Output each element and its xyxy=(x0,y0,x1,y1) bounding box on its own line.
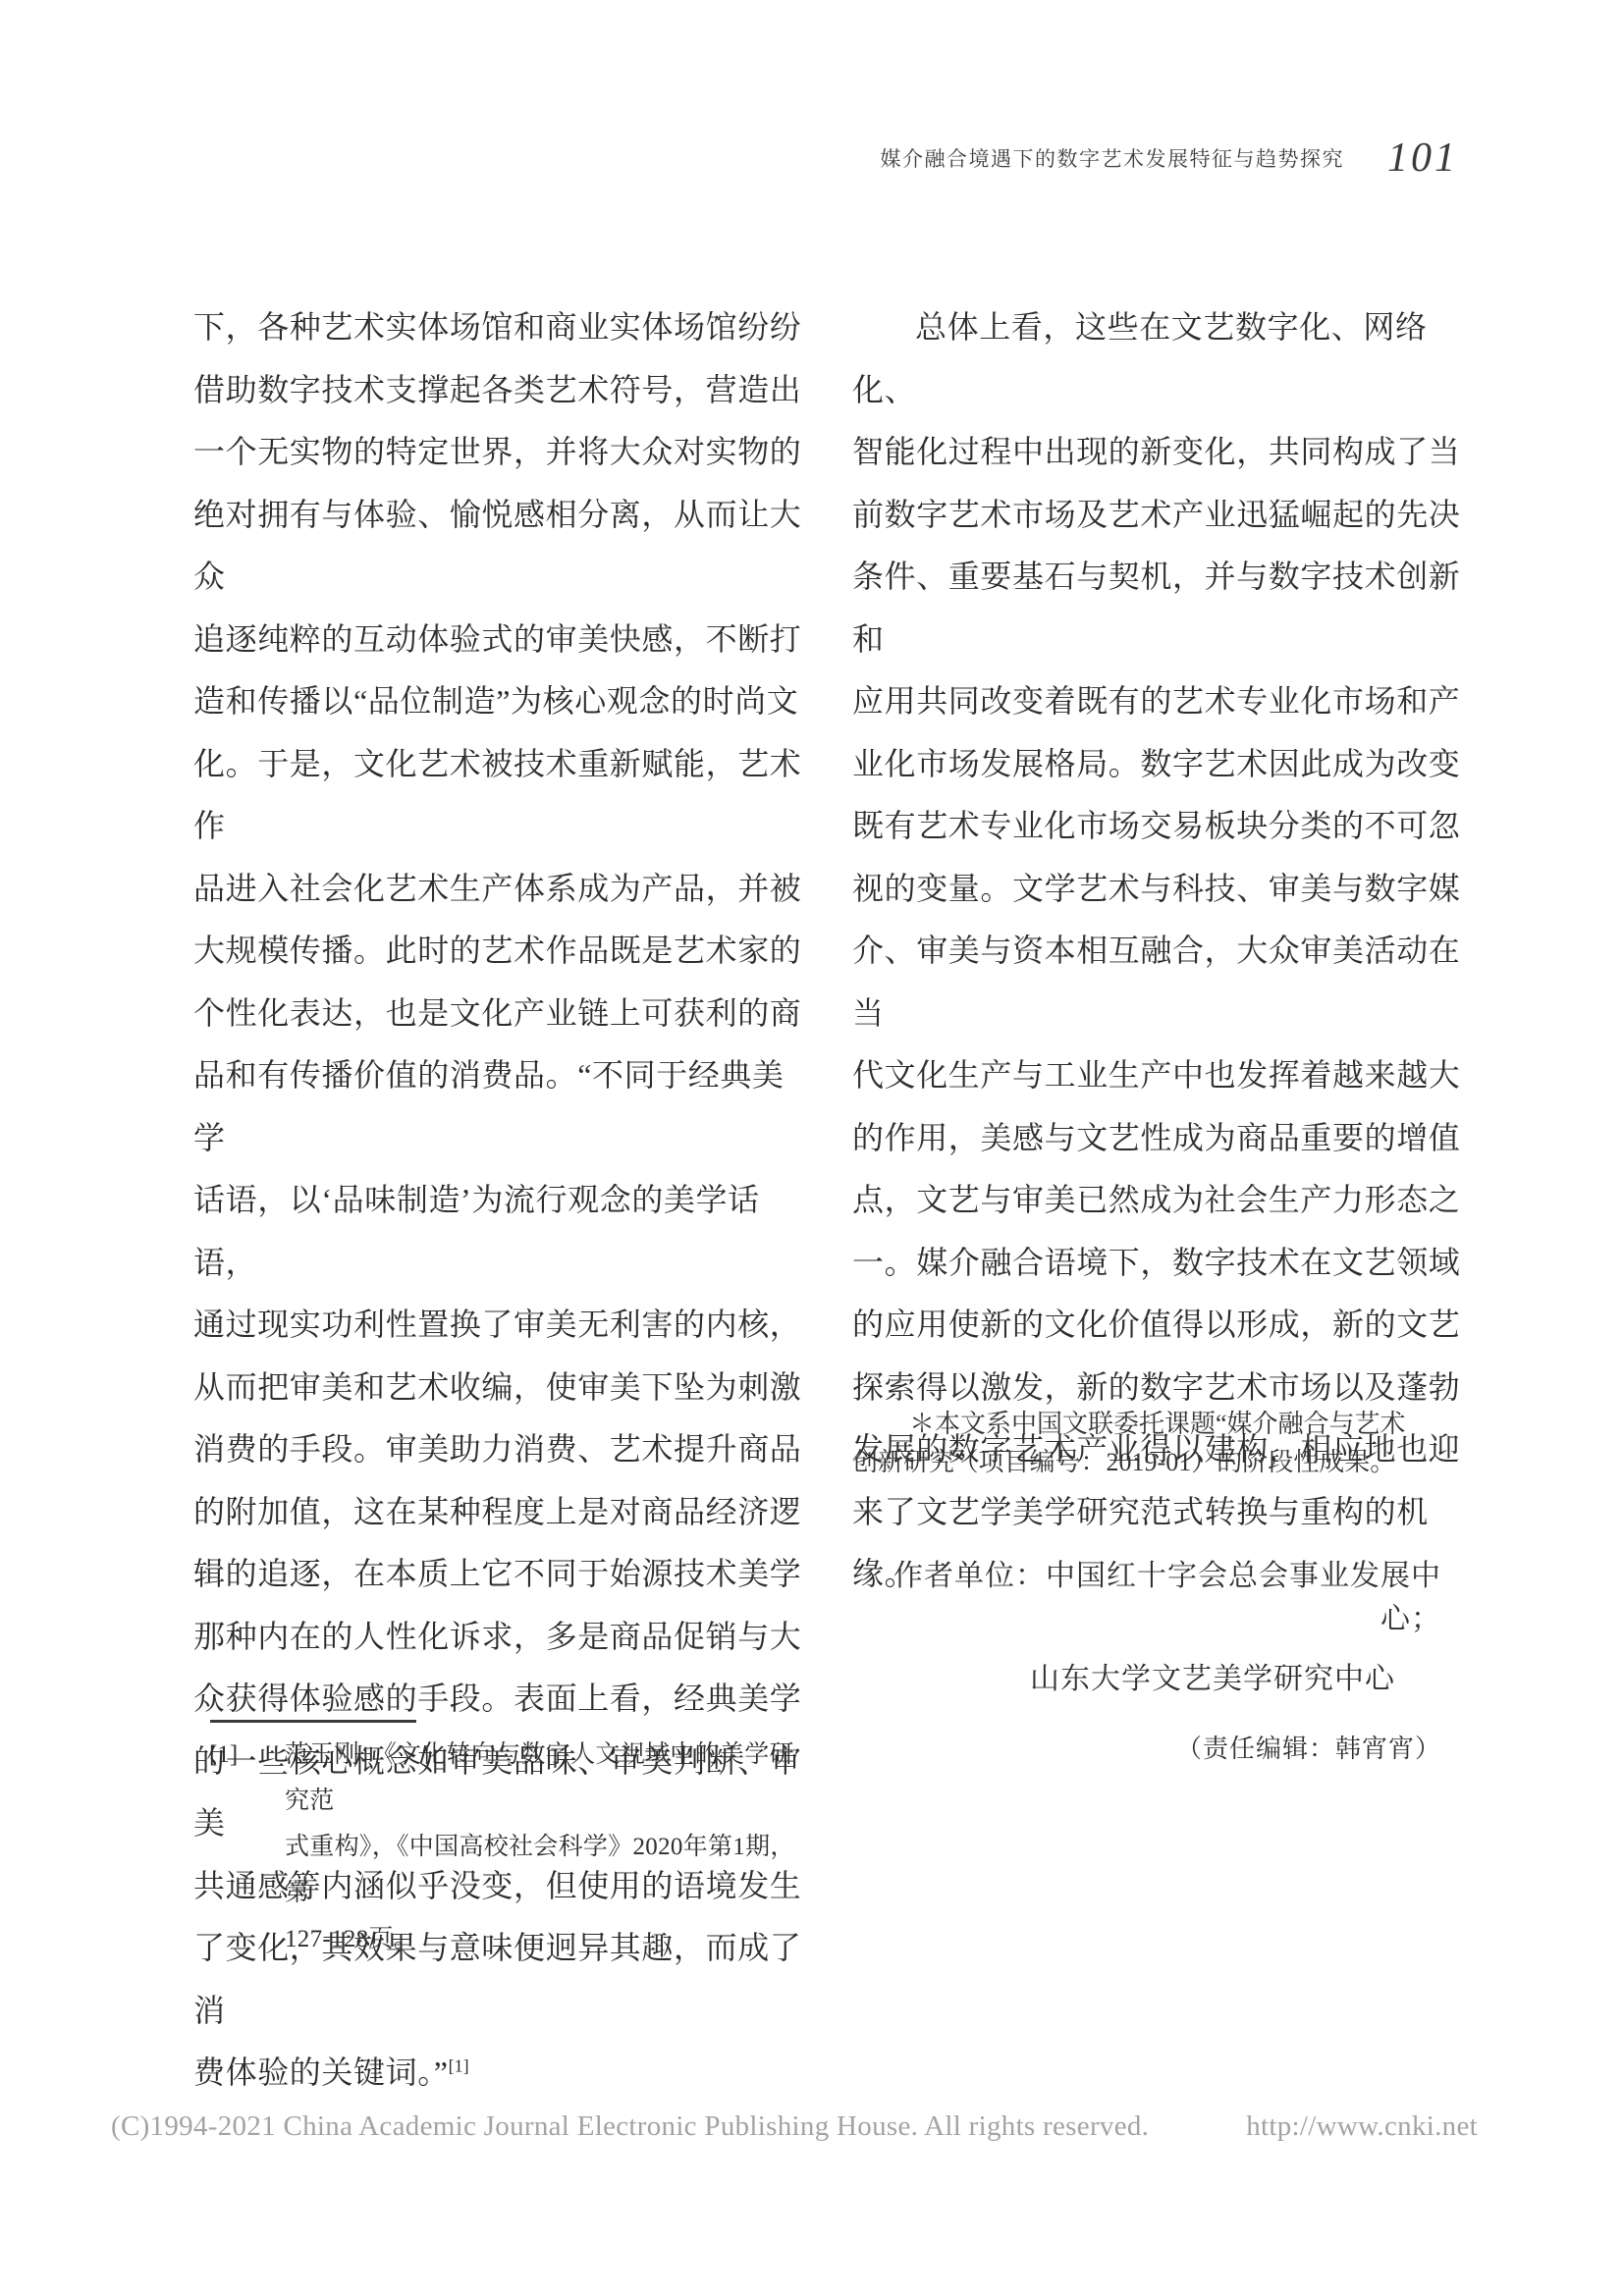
page-footer: (C)1994-2021 China Academic Journal Elec… xyxy=(111,2110,1478,2143)
page-header: 媒介融合境遇下的数字艺术发展特征与趋势探究 101 xyxy=(881,137,1459,179)
footnote: [1] 范玉刚：《文化转向与数字人文视域中的美学研究范 式重构》，《中国高校社会… xyxy=(209,1732,818,1962)
page-number: 101 xyxy=(1387,137,1458,179)
author-block: 作者单位：中国红十字会总会事业发展中心； 山东大学文艺美学研究中心 （责任编辑：… xyxy=(852,1555,1441,1769)
author-affiliation-line1: 作者单位：中国红十字会总会事业发展中心； xyxy=(852,1555,1441,1641)
editor-note: （责任编辑：韩宵宵） xyxy=(852,1730,1441,1769)
footnote-text: 范玉刚：《文化转向与数字人文视域中的美学研究范 式重构》，《中国高校社会科学》2… xyxy=(285,1732,818,1962)
author-affiliation-line2: 山东大学文艺美学研究中心 xyxy=(852,1658,1441,1701)
footer-copyright: (C)1994-2021 China Academic Journal Elec… xyxy=(111,2110,1149,2143)
acknowledgement-note: ＊本文系中国文联委托课题“媒介融合与艺术 创新研究”（项目编号：2019-01）… xyxy=(852,1406,1449,1481)
footnote-reference: [1] xyxy=(449,2056,469,2075)
footnote-divider xyxy=(210,1720,416,1723)
footnote-marker: [1] xyxy=(209,1732,238,1778)
running-title: 媒介融合境遇下的数字艺术发展特征与趋势探究 xyxy=(881,143,1345,173)
footer-url: http://www.cnki.net xyxy=(1246,2110,1478,2143)
journal-page: 媒介融合境遇下的数字艺术发展特征与趋势探究 101 下，各种艺术实体场馆和商业实… xyxy=(0,0,1623,2296)
